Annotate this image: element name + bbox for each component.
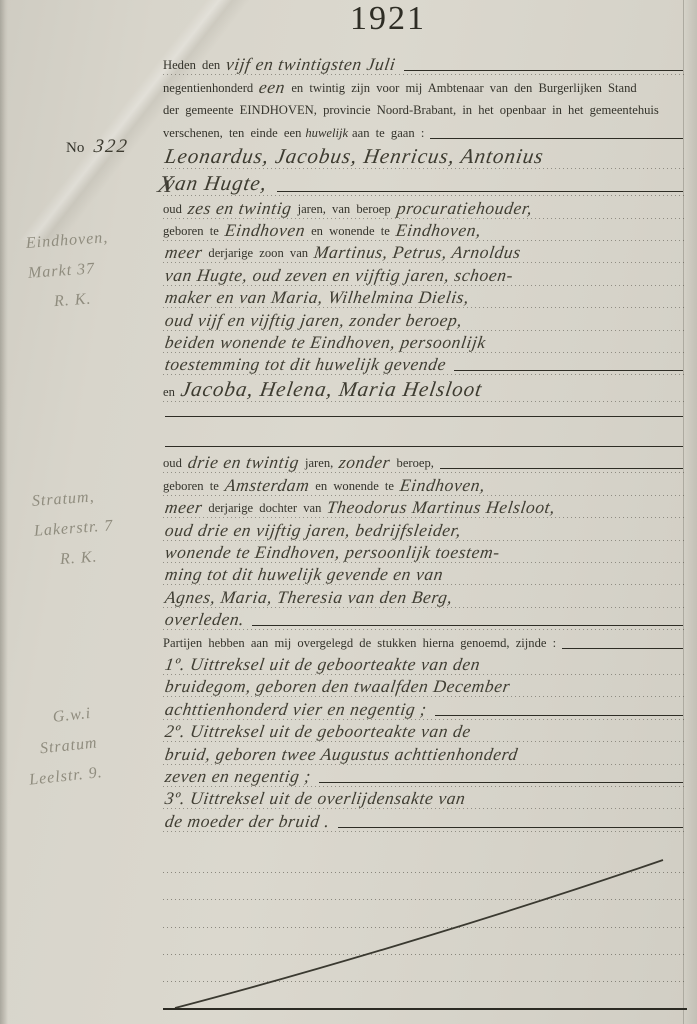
handwritten-text: Eindhoven bbox=[221, 220, 312, 241]
handwritten-text: bruidegom, geboren den twaalfden Decembe… bbox=[162, 676, 518, 697]
bottom-closing-rule bbox=[163, 1008, 687, 1010]
margin-note-line: Eindhoven, bbox=[25, 223, 109, 259]
margin-note-line: Lakerstr. 7 bbox=[33, 511, 114, 546]
document-line: van Hugte, bbox=[163, 169, 685, 196]
handwritten-text: toestemming tot dit huwelijk gevende bbox=[162, 354, 454, 375]
printed-text: Heden den bbox=[163, 58, 224, 75]
page-right-edge bbox=[683, 0, 697, 1024]
document-line: verschenen, ten einde eenhuwelijkaan te … bbox=[163, 120, 685, 142]
handwritten-text: van Hugte, oud zeven en vijftig jaren, s… bbox=[162, 265, 521, 286]
handwritten-text: drie en twintig bbox=[184, 452, 306, 473]
handwritten-text: 3º. Uittreksel uit de overlijdensakte va… bbox=[162, 788, 474, 809]
handwritten-text: zes en twintig bbox=[184, 198, 299, 219]
handwritten-text: Eindhoven, bbox=[392, 220, 488, 241]
document-line: Leonardus, Jacobus, Henricus, Antonius bbox=[163, 143, 685, 170]
printed-text: beroep, bbox=[397, 456, 438, 473]
document-line: ming tot dit huwelijk gevende en van bbox=[163, 563, 685, 585]
printed-text: derjarige dochter van bbox=[208, 501, 325, 518]
document-body: Heden denvijf en twintigsten Julinegenti… bbox=[163, 53, 685, 832]
printed-text: en twintig zijn voor mij Ambtenaar van d… bbox=[291, 81, 640, 98]
margin-note-line: Leelstr. 9. bbox=[28, 758, 104, 796]
fill-rule bbox=[277, 191, 683, 192]
document-line: Agnes, Maria, Theresia van den Berg, bbox=[163, 585, 685, 607]
printed-text: en wonende te bbox=[315, 479, 398, 496]
fill-rule bbox=[252, 625, 683, 626]
fill-rule bbox=[435, 715, 683, 716]
handwritten-text: Martinus, Petrus, Arnoldus bbox=[311, 242, 529, 263]
document-line: de moeder der bruid . bbox=[163, 809, 685, 831]
record-number-label: No bbox=[66, 140, 84, 157]
document-line: zeven en negentig ; bbox=[163, 765, 685, 787]
printed-text: aan te gaan : bbox=[352, 126, 428, 143]
register-year: 1921 bbox=[163, 0, 613, 38]
document-line: ouddrie en twintigjaren,zonderberoep, bbox=[163, 451, 685, 473]
document-line: Heden denvijf en twintigsten Juli bbox=[163, 53, 685, 75]
handwritten-text: vijf en twintigsten Juli bbox=[223, 54, 403, 75]
handwritten-text: oud drie en vijftig jaren, bedrijfsleide… bbox=[162, 520, 469, 541]
document-line: achttienhonderd vier en negentig ; bbox=[163, 697, 685, 719]
document-line bbox=[163, 402, 685, 421]
handwritten-text: 2º. Uittreksel uit de geboorteakte van d… bbox=[162, 721, 479, 742]
document-line: maker en van Maria, Wilhelmina Dielis, bbox=[163, 286, 685, 308]
fill-rule bbox=[562, 648, 683, 649]
document-line: Partijen hebben aan mij overgelegd de st… bbox=[163, 630, 685, 652]
printed-text: jaren, van beroep bbox=[298, 202, 395, 219]
handwritten-text: bruid, geboren twee Augustus achttienhon… bbox=[162, 744, 526, 765]
printed-text: oud bbox=[163, 202, 186, 219]
fill-rule bbox=[404, 70, 683, 71]
document-line: toestemming tot dit huwelijk gevende bbox=[163, 353, 685, 375]
handwritten-text: Amsterdam bbox=[221, 475, 316, 496]
fill-rule bbox=[454, 370, 683, 371]
handwritten-text: Jacoba, Helena, Maria Helsloot bbox=[177, 377, 492, 402]
document-line: der gemeente EINDHOVEN, provincie Noord-… bbox=[163, 98, 685, 120]
handwritten-text: ming tot dit huwelijk gevende en van bbox=[162, 564, 451, 585]
handwritten-text: van Hugte, bbox=[161, 171, 277, 196]
fill-rule bbox=[338, 827, 683, 828]
document-line: meerderjarige dochter vanTheodorus Marti… bbox=[163, 496, 685, 518]
page-left-edge bbox=[0, 0, 8, 1024]
record-number-value: 322 bbox=[93, 136, 131, 158]
handwritten-text: Agnes, Maria, Theresia van den Berg, bbox=[162, 587, 461, 608]
printed-text: Partijen hebben aan mij overgelegd de st… bbox=[163, 636, 560, 653]
handwritten-text: zeven en negentig ; bbox=[162, 766, 319, 787]
printed-text: en wonende te bbox=[311, 224, 394, 241]
document-line: 3º. Uittreksel uit de overlijdensakte va… bbox=[163, 787, 685, 809]
fill-rule bbox=[319, 782, 683, 783]
handwritten-text: oud vijf en vijftig jaren, zonder beroep… bbox=[162, 310, 470, 331]
handwritten-text: wonende te Eindhoven, persoonlijk toeste… bbox=[162, 542, 508, 563]
handwritten-text: beiden wonende te Eindhoven, persoonlijk bbox=[162, 332, 494, 353]
document-line: 2º. Uittreksel uit de geboorteakte van d… bbox=[163, 720, 685, 742]
handwritten-text: maker en van Maria, Wilhelmina Dielis, bbox=[162, 287, 477, 308]
fill-rule bbox=[165, 446, 683, 447]
fill-rule bbox=[165, 416, 683, 417]
document-line: meerderjarige zoon vanMartinus, Petrus, … bbox=[163, 241, 685, 263]
handwritten-text: overleden. bbox=[162, 609, 252, 630]
handwritten-text: procuratiehouder, bbox=[393, 198, 539, 219]
printed-text: geboren te bbox=[163, 224, 223, 241]
margin-note-groom-address: Eindhoven, Markt 37 R. K. bbox=[25, 223, 113, 319]
document-line: geboren teEindhovenen wonende teEindhove… bbox=[163, 219, 685, 241]
document-line: bruidegom, geboren den twaalfden Decembe… bbox=[163, 675, 685, 697]
document-line: bruid, geboren twee Augustus achttienhon… bbox=[163, 742, 685, 764]
fill-rule bbox=[430, 138, 683, 139]
handwritten-text: Eindhoven, bbox=[397, 475, 493, 496]
handwritten-text: een bbox=[256, 77, 293, 98]
document-line: wonende te Eindhoven, persoonlijk toeste… bbox=[163, 541, 685, 563]
document-line: oud vijf en vijftig jaren, zonder beroep… bbox=[163, 308, 685, 330]
document-line: geboren teAmsterdamen wonende teEindhove… bbox=[163, 473, 685, 495]
handwritten-text: zonder bbox=[336, 452, 398, 473]
document-line: oud drie en vijftig jaren, bedrijfsleide… bbox=[163, 518, 685, 540]
document-line: oudzes en twintigjaren, van beroepprocur… bbox=[163, 196, 685, 218]
diagonal-void-stroke bbox=[163, 846, 685, 1012]
document-line bbox=[163, 421, 685, 451]
printed-text: negentienhonderd bbox=[163, 81, 257, 98]
blank-crossed-out-section bbox=[163, 846, 685, 1012]
printed-text: jaren, bbox=[305, 456, 337, 473]
fill-rule bbox=[440, 468, 683, 469]
margin-note-bride-address: Stratum, Lakerstr. 7 R. K. bbox=[31, 481, 117, 576]
marriage-record-page: { "colors": { "paper": "#d8d5cb", "print… bbox=[0, 0, 697, 1024]
record-number: No 322 bbox=[66, 136, 129, 158]
handwritten-text: Leonardus, Jacobus, Henricus, Antonius bbox=[161, 144, 554, 169]
handwritten-text: meer bbox=[162, 242, 210, 263]
document-line: van Hugte, oud zeven en vijftig jaren, s… bbox=[163, 263, 685, 285]
document-line: beiden wonende te Eindhoven, persoonlijk bbox=[163, 331, 685, 353]
margin-note-line: R. K. bbox=[29, 283, 113, 319]
printed-text: oud bbox=[163, 456, 186, 473]
document-line: negentienhonderdeenen twintig zijn voor … bbox=[163, 75, 685, 97]
printed-text: huwelijk bbox=[305, 126, 352, 143]
handwritten-text: meer bbox=[162, 497, 210, 518]
handwritten-text: Theodorus Martinus Helsloot, bbox=[324, 497, 563, 518]
handwritten-text: achttienhonderd vier en negentig ; bbox=[162, 699, 435, 720]
document-line: overleden. bbox=[163, 608, 685, 630]
document-line: enJacoba, Helena, Maria Helsloot bbox=[163, 375, 685, 402]
printed-text: verschenen, ten einde een bbox=[163, 126, 305, 143]
printed-text: geboren te bbox=[163, 479, 223, 496]
margin-note-clerk: G.w.i Stratum Leelstr. 9. bbox=[21, 698, 104, 795]
margin-note-line: R. K. bbox=[35, 541, 116, 576]
handwritten-text: 1º. Uittreksel uit de geboorteakte van d… bbox=[162, 654, 488, 675]
printed-text: der gemeente EINDHOVEN, provincie Noord-… bbox=[163, 103, 663, 120]
handwritten-text: de moeder der bruid . bbox=[162, 811, 338, 832]
printed-text: derjarige zoon van bbox=[208, 246, 312, 263]
document-line: 1º. Uittreksel uit de geboorteakte van d… bbox=[163, 653, 685, 675]
